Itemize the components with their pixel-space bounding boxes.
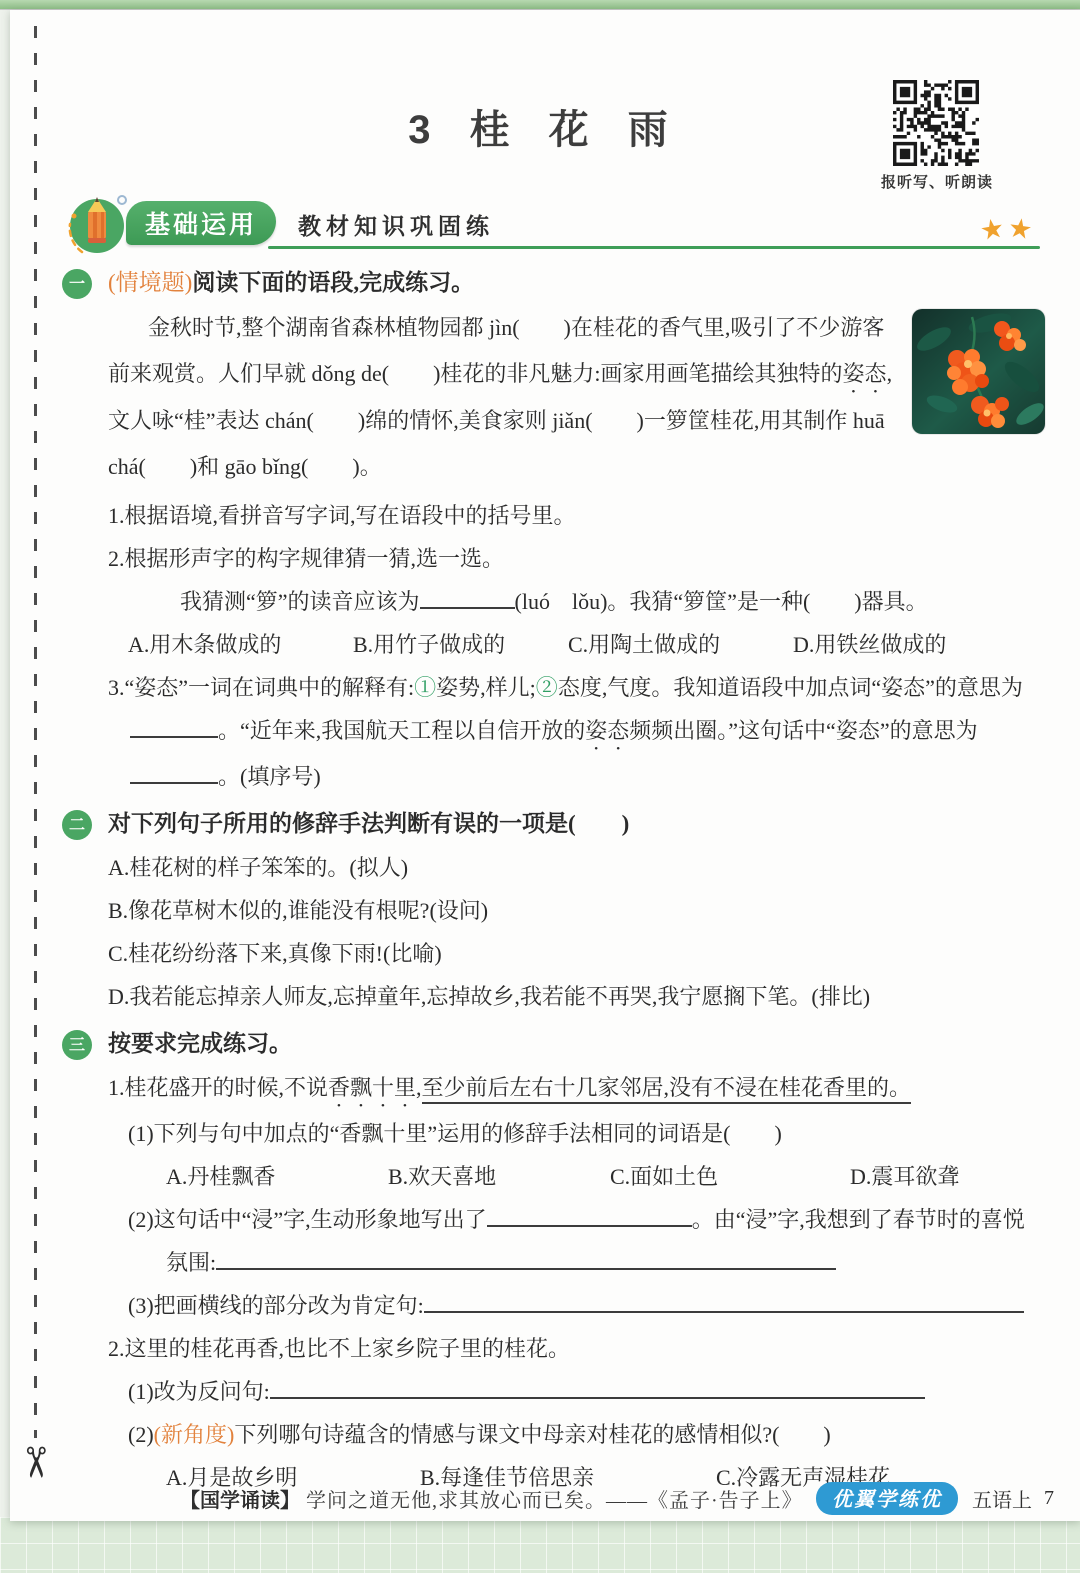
- section-three-heading: 按要求完成练习。: [108, 1024, 1045, 1064]
- item-1-q3: (3)把画横线的部分改为肯定句:: [128, 1284, 1045, 1327]
- text-segment: 姿势,样儿;: [436, 675, 536, 700]
- circled-number: ①: [414, 675, 436, 700]
- banner-underline: [268, 246, 1040, 249]
- section-two-marker: 二: [62, 810, 92, 840]
- option-c: C.面如土色: [610, 1155, 850, 1198]
- text-segment: 1.桂花盛开的时候,不说: [108, 1075, 328, 1100]
- answer-blank: [130, 721, 218, 738]
- section-three: 三 按要求完成练习。 1.桂花盛开的时候,不说香飘十里,至少前后左右十几家邻居,…: [108, 1024, 1045, 1499]
- text-segment: 态度,气度。我知道语段中加点词“姿态”的意思为: [558, 675, 1023, 700]
- answer-blank: [424, 1296, 1024, 1313]
- item-1-q1: (1)下列与句中加点的“香飘十里”运用的修辞手法相同的词语是( ): [128, 1112, 1045, 1155]
- text-segment: 金秋时节,整个湖南省森林植物园都 jìn( )在桂花的香气里,吸引了不少游客前来…: [108, 315, 884, 386]
- text-segment: 下列哪句诗蕴含的情感与课文中母亲对桂花的感情相似?( ): [234, 1422, 830, 1447]
- exercise-content: 一 (情境题)阅读下面的语段,完成练习。: [108, 263, 1045, 1499]
- item-1-sentence: 1.桂花盛开的时候,不说香飘十里,至少前后左右十几家邻居,没有不浸在桂花香里的。: [108, 1066, 1045, 1112]
- desk-top-strip: [0, 0, 1080, 10]
- item-2-q2: (2)(新角度)下列哪句诗蕴含的情感与课文中母亲对桂花的感情相似?( ): [128, 1413, 1045, 1456]
- text-segment: 3.“姿态”一词在词典中的解释有:: [108, 675, 414, 700]
- star-icon: ★: [1006, 212, 1038, 247]
- text-segment: (1)改为反问句:: [128, 1379, 270, 1404]
- brand-badge: 优翼学练优: [816, 1482, 958, 1515]
- option-a: A.用木条做成的: [128, 623, 353, 666]
- desk-bottom-mat: [0, 1517, 1080, 1573]
- option-b: B.欢天喜地: [388, 1155, 610, 1198]
- option-a: A.丹桂飘香: [166, 1155, 388, 1198]
- circled-number: ②: [536, 675, 558, 700]
- scissors-icon: ✂: [11, 1445, 60, 1480]
- book-label: 五语上: [972, 1484, 1032, 1513]
- option-d: D.用铁丝做成的: [793, 623, 946, 666]
- answer-blank: [487, 1210, 692, 1227]
- text-segment: 。(填序号): [218, 764, 321, 789]
- section-one: 一 (情境题)阅读下面的语段,完成练习。: [108, 263, 1045, 798]
- question-type-tag: (情境题): [108, 270, 192, 295]
- option-c: C.用陶土做成的: [568, 623, 793, 666]
- page-number: 7: [1044, 1487, 1054, 1510]
- accent-label: (新角度): [154, 1422, 235, 1447]
- question-2-line: 我猜测“箩”的读音应该为(luó lǒu)。我猜“箩筐”是一种( )器具。: [180, 580, 1045, 623]
- answer-blank: [270, 1382, 925, 1399]
- section-one-heading: (情境题)阅读下面的语段,完成练习。: [108, 263, 1045, 303]
- section-two: 二 对下列句子所用的修辞手法判断有误的一项是( ) A.桂花树的样子笨笨的。(拟…: [108, 804, 1045, 1018]
- option-d: D.我若能忘掉亲人师友,忘掉童年,忘掉故乡,我若能不再哭,我宁愿搁下笔。(排比): [108, 975, 1045, 1018]
- section-one-heading-text: 阅读下面的语段,完成练习。: [192, 270, 474, 295]
- text-segment: (2)这句话中“浸”字,生动形象地写出了: [128, 1207, 487, 1232]
- text-segment: 频频出圈。”这句话中“姿态”的意思为: [629, 718, 977, 743]
- text-segment: (3)把画横线的部分改为肯定句:: [128, 1293, 424, 1318]
- option-c: C.桂花纷纷落下来,真像下雨!(比喻): [108, 932, 1045, 975]
- question-2: 2.根据形声字的构字规律猜一猜,选一选。: [108, 537, 1045, 580]
- text-segment: (2): [128, 1422, 154, 1447]
- footer-quote: 学问之道无他,求其放心而已矣。——《孟子·告子上》: [306, 1484, 803, 1513]
- option-b: B.用竹子做成的: [353, 623, 568, 666]
- text-segment: (luó lǒu)。我猜“箩筐”是一种( )器具。: [515, 589, 928, 614]
- answer-blank: [420, 592, 515, 609]
- answer-blank: [130, 767, 218, 784]
- worksheet-page: ✂ 3 桂 花 雨 报听写、听朗读 基础运用 教材知识巩固练: [10, 10, 1080, 1521]
- option-b: B.像花草树木似的,谁能没有根呢?(设问): [108, 889, 1045, 932]
- section-banner: 基础运用 教材知识巩固练 ★★: [10, 190, 1080, 260]
- qr-caption: 报听写、听朗读: [881, 171, 991, 192]
- option-a: A.桂花树的样子笨笨的。(拟人): [108, 846, 1045, 889]
- reading-label: 【国学诵读】: [180, 1484, 300, 1513]
- question-2-options: A.用木条做成的 B.用竹子做成的 C.用陶土做成的 D.用铁丝做成的: [128, 623, 1045, 666]
- question-1: 1.根据语境,看拼音写字词,写在语段中的括号里。: [108, 494, 1045, 537]
- text-segment: 。“近年来,我国航天工程以自信开放的: [218, 718, 585, 743]
- section-three-marker: 三: [62, 1030, 92, 1060]
- emphasis-dotted-text: 姿态: [843, 361, 887, 386]
- section-two-heading: 对下列句子所用的修辞手法判断有误的一项是( ): [108, 804, 1045, 844]
- emphasis-dotted-text: 香飘十里: [328, 1075, 416, 1100]
- emphasis-dotted-text: 姿态: [585, 718, 629, 743]
- section-one-marker: 一: [62, 269, 92, 299]
- answer-blank: [216, 1253, 836, 1270]
- item-2-sentence: 2.这里的桂花再香,也比不上家乡院子里的桂花。: [108, 1327, 1045, 1370]
- page-footer: 【国学诵读】 学问之道无他,求其放心而已矣。——《孟子·告子上》 优翼学练优 五…: [180, 1482, 1054, 1515]
- underlined-clause: 至少前后左右十几家邻居,没有不浸在桂花香里的。: [422, 1075, 912, 1104]
- banner-tag: 基础运用: [126, 201, 276, 245]
- reading-passage: 金秋时节,整个湖南省森林植物园都 jìn( )在桂花的香气里,吸引了不少游客前来…: [108, 305, 1045, 490]
- pencil-icon: [62, 190, 132, 260]
- option-d: D.震耳欲聋: [850, 1155, 959, 1198]
- item-1-q1-options: A.丹桂飘香 B.欢天喜地 C.面如土色 D.震耳欲聋: [166, 1155, 1045, 1198]
- text-segment: 我猜测“箩”的读音应该为: [180, 589, 420, 614]
- rating-stars: ★★: [980, 214, 1036, 245]
- osmanthus-photo: [912, 309, 1045, 434]
- item-2-q1: (1)改为反问句:: [128, 1370, 1045, 1413]
- banner-subtitle: 教材知识巩固练: [298, 208, 494, 241]
- question-3: 3.“姿态”一词在词典中的解释有:①姿势,样儿;②态度,气度。我知道语段中加点词…: [108, 666, 1045, 798]
- item-1-q2: (2)这句话中“浸”字,生动形象地写出了。由“浸”字,我想到了春节时的喜悦氛围:: [128, 1198, 1045, 1284]
- qr-block: 报听写、听朗读: [881, 80, 991, 192]
- qr-code: [893, 80, 979, 166]
- text-segment: ,: [416, 1075, 422, 1100]
